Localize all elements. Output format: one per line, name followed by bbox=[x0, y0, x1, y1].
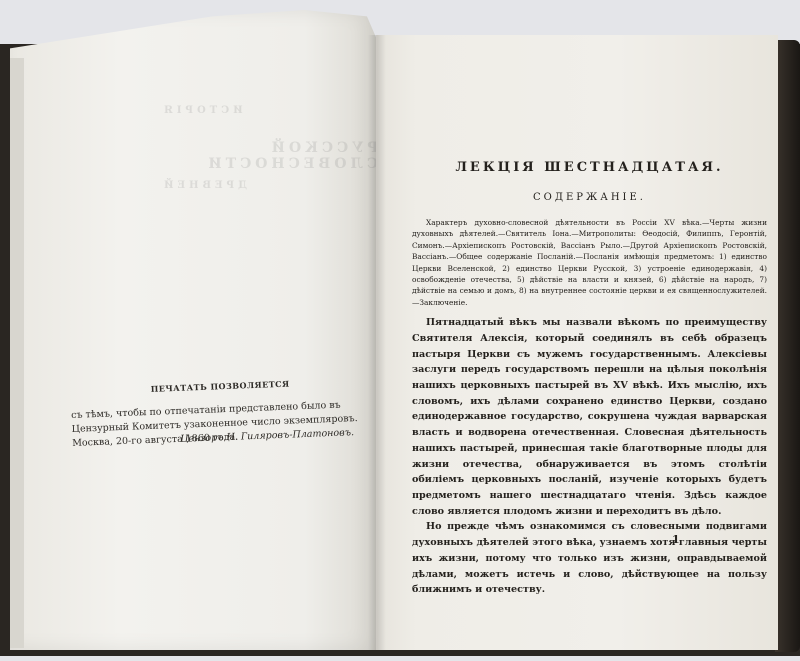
left-page-stack-edge bbox=[10, 58, 24, 648]
page-number: 1 bbox=[672, 533, 680, 546]
contents-title: СОДЕРЖАНІЕ. bbox=[412, 192, 767, 203]
ghost-text-1: ИСТОРІЯ bbox=[160, 105, 243, 116]
ghost-text-2: РУССКОЙ СЛОВЕСНОСТИ bbox=[90, 140, 378, 172]
book-gutter bbox=[368, 35, 386, 650]
left-page: ИСТОРІЯ РУССКОЙ СЛОВЕСНОСТИ ДРЕВНЕЙ bbox=[10, 10, 378, 650]
censor-note: ПЕЧАТАТЬ ПОЗВОЛЯЕТСЯ съ тѣмъ, чтобы по о… bbox=[70, 373, 372, 450]
contents-summary: Характеръ духовно-словесной дѣятельности… bbox=[412, 217, 767, 308]
body-paragraph: Пятнадцатый вѣкъ мы назвали вѣкомъ по пр… bbox=[412, 315, 767, 519]
book-spine-edge bbox=[775, 40, 800, 652]
lecture-title: ЛЕКЦІЯ ШЕСТНАДЦАТАЯ. bbox=[412, 160, 767, 175]
ghost-text-3: ДРЕВНЕЙ bbox=[160, 180, 247, 191]
body-paragraph: Но прежде чѣмъ ознакомимся съ словесными… bbox=[412, 519, 767, 598]
lecture-content: ЛЕКЦІЯ ШЕСТНАДЦАТАЯ. СОДЕРЖАНІЕ. Характе… bbox=[412, 160, 767, 598]
